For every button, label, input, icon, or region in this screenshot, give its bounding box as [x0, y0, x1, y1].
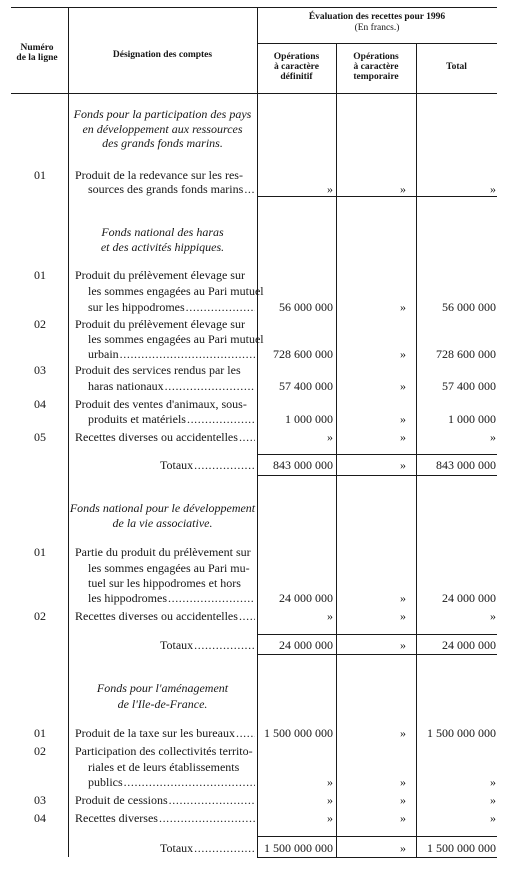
line-number: 04 [22, 810, 58, 826]
value-definitif: 56 000 000 [257, 299, 333, 315]
line-number: 05 [22, 429, 58, 445]
designation-line: les sommes engagées au Pari mu- [88, 560, 255, 576]
totals-label: Totaux [160, 637, 255, 653]
totals-bottom-rule [257, 475, 497, 476]
value-temporaire: » [336, 299, 406, 315]
header-text: de la ligne [5, 53, 69, 63]
designation-text: sources des grands fonds marins [88, 181, 243, 197]
value-temporaire: » [336, 181, 406, 197]
section-title: de l'Ile-de-France. [68, 696, 257, 712]
total-total: 1 500 000 000 [416, 840, 496, 856]
designation-line: Produit de cessions [75, 792, 255, 808]
designation-line: produits et matériels [88, 411, 255, 427]
designation-line: urbain [88, 346, 255, 362]
designation-line: Produit des services rendus par les [75, 362, 255, 378]
dot-leader [168, 590, 255, 606]
value-definitif: » [257, 608, 333, 624]
designation-line: Produit de la taxe sur les bureaux [75, 725, 255, 741]
value-total: » [416, 774, 496, 790]
designation-line: Recettes diverses [75, 810, 255, 826]
value-total: 57 400 000 [416, 378, 496, 394]
header-text: Numéro [5, 43, 69, 53]
designation-line: Produit du prélèvement élevage sur [75, 316, 255, 332]
line-number: 01 [22, 267, 58, 283]
value-temporaire: » [336, 429, 406, 445]
designation-line: Recettes diverses ou accidentelles [75, 608, 255, 624]
total-total: 843 000 000 [416, 457, 496, 473]
table-top-rule [11, 7, 497, 8]
designation-header: Désignation des comptes [68, 50, 257, 60]
value-definitif: 728 600 000 [257, 346, 333, 362]
section-title: Fonds national des haras [68, 224, 257, 240]
designation-text: Recettes diverses ou accidentelles [75, 608, 238, 624]
value-temporaire: » [336, 792, 406, 808]
value-total: 728 600 000 [416, 346, 496, 362]
value-total: 24 000 000 [416, 590, 496, 606]
value-total: » [416, 429, 496, 445]
value-total: 1 000 000 [416, 411, 496, 427]
value-definitif: » [257, 792, 333, 808]
designation-text: Produit de cessions [75, 792, 168, 808]
value-definitif: 24 000 000 [257, 590, 333, 606]
totals-top-rule [257, 634, 497, 635]
designation-line: Participation des collectivités territo- [75, 743, 255, 759]
line-number: 02 [22, 316, 58, 332]
value-total: » [416, 608, 496, 624]
header-text: Opérations [257, 52, 336, 62]
total-temporaire: » [336, 840, 406, 856]
dot-leader [165, 378, 255, 394]
dot-leader [239, 429, 255, 445]
section-title: des grands fonds marins. [68, 135, 257, 151]
totals-top-rule [257, 836, 497, 837]
designation-line: Produit du prélèvement élevage sur [75, 267, 255, 283]
totals-text: Totaux [160, 637, 193, 653]
dot-leader [187, 411, 255, 427]
value-total: 56 000 000 [416, 299, 496, 315]
designation-text: urbain [88, 346, 119, 362]
section-title: Fonds national pour le développement [68, 500, 257, 516]
dot-leader [194, 637, 255, 653]
budget-table-page: Évaluation des recettes pour 1996 (En fr… [0, 0, 512, 873]
designation-text: publics [88, 774, 123, 790]
dot-leader [120, 346, 255, 362]
line-number: 02 [22, 743, 58, 759]
value-definitif: » [257, 181, 333, 197]
value-temporaire: » [336, 590, 406, 606]
line-number: 01 [22, 167, 58, 183]
currency-note: (En francs.) [257, 23, 497, 33]
line-number-header: Numéro de la ligne [5, 43, 69, 63]
designation-text: sur les hippodromes [88, 299, 185, 315]
total-column-header: Total [416, 62, 497, 72]
value-definitif: 1 500 000 000 [257, 725, 333, 741]
totals-label: Totaux [160, 457, 255, 473]
dot-leader [236, 725, 255, 741]
line-number: 03 [22, 792, 58, 808]
section-title: Fonds pour la participation des pays [68, 106, 257, 122]
section-title: de la vie associative. [68, 515, 257, 531]
designation-text: produits et matériels [88, 411, 186, 427]
total-definitif: 843 000 000 [257, 457, 333, 473]
totals-text: Totaux [160, 840, 193, 856]
totals-label: Totaux [160, 840, 255, 856]
evaluation-title: Évaluation des recettes pour 1996 [257, 12, 497, 22]
header-text: à caractère [336, 62, 416, 72]
designation-line: Recettes diverses ou accidentelles [75, 429, 255, 445]
value-temporaire: » [336, 810, 406, 826]
total-temporaire: » [336, 637, 406, 653]
designation-line: tuel sur les hippodromes et hors [88, 575, 255, 591]
section-title: et des activités hippiques. [68, 239, 257, 255]
dot-leader [159, 810, 255, 826]
dot-leader [239, 608, 255, 624]
dot-leader [186, 299, 255, 315]
value-temporaire: » [336, 411, 406, 427]
line-number: 03 [22, 362, 58, 378]
designation-line: publics [88, 774, 255, 790]
line-number: 04 [22, 396, 58, 412]
header-text: Opérations [336, 52, 416, 62]
designation-line: Partie du produit du prélèvement sur [75, 544, 255, 560]
designation-text: Produit de la taxe sur les bureaux [75, 725, 235, 741]
designation-line: les sommes engagées au Pari mutuel [88, 331, 255, 347]
value-temporaire: » [336, 725, 406, 741]
header-bottom-rule [11, 93, 497, 94]
designation-line: les hippodromes [88, 590, 255, 606]
definitif-column-header: Opérations à caractère définitif [257, 52, 336, 82]
designation-line: sur les hippodromes [88, 299, 255, 315]
value-temporaire: » [336, 378, 406, 394]
value-temporaire: » [336, 608, 406, 624]
totals-bottom-rule [257, 857, 497, 858]
line-number: 01 [22, 544, 58, 560]
value-temporaire: » [336, 346, 406, 362]
value-total: » [416, 810, 496, 826]
designation-line: riales et de leurs établissements [88, 759, 255, 775]
value-total: » [416, 181, 496, 197]
totals-text: Totaux [160, 457, 193, 473]
evaluation-subheader-rule [257, 43, 497, 44]
designation-text: Recettes diverses ou accidentelles [75, 429, 238, 445]
designation-text: les hippodromes [88, 590, 167, 606]
value-definitif: 1 000 000 [257, 411, 333, 427]
value-temporaire: » [336, 774, 406, 790]
designation-text: Recettes diverses [75, 810, 158, 826]
value-total: 1 500 000 000 [416, 725, 496, 741]
value-definitif: » [257, 774, 333, 790]
line-number: 01 [22, 725, 58, 741]
value-definitif: » [257, 429, 333, 445]
designation-text: haras nationaux [88, 378, 164, 394]
dot-leader [124, 774, 255, 790]
designation-line: les sommes engagées au Pari mutuel [88, 283, 255, 299]
total-definitif: 24 000 000 [257, 637, 333, 653]
totals-bottom-rule [257, 654, 497, 655]
dot-leader [244, 181, 255, 197]
total-definitif: 1 500 000 000 [257, 840, 333, 856]
dot-leader [194, 457, 255, 473]
temporaire-column-header: Opérations à caractère temporaire [336, 52, 416, 82]
designation-line: Produit des ventes d'animaux, sous- [75, 396, 255, 412]
dot-leader [194, 840, 255, 856]
header-text: à caractère [257, 62, 336, 72]
section-title: Fonds pour l'aménagement [68, 680, 257, 696]
total-temporaire: » [336, 457, 406, 473]
line-number: 02 [22, 608, 58, 624]
totals-top-rule [257, 454, 497, 455]
value-total: » [416, 792, 496, 808]
value-definitif: 57 400 000 [257, 378, 333, 394]
designation-line: sources des grands fonds marins [88, 181, 255, 197]
total-total: 24 000 000 [416, 637, 496, 653]
value-definitif: » [257, 810, 333, 826]
designation-line: haras nationaux [88, 378, 255, 394]
header-text: temporaire [336, 72, 416, 82]
header-text: définitif [257, 72, 336, 82]
dot-leader [169, 792, 255, 808]
